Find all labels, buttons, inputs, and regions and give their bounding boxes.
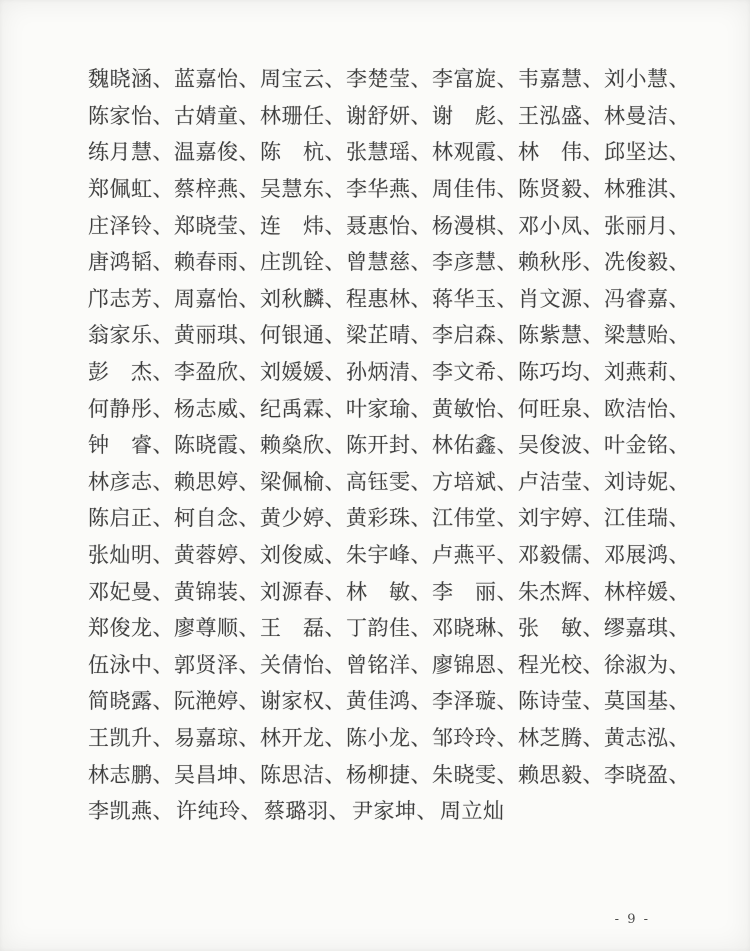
person-name: 陈启正、 (88, 502, 174, 532)
person-name: 庄凯铨、 (260, 246, 346, 276)
person-name: 黄丽琪、 (174, 319, 260, 349)
name-list-line: 郑佩虹、蔡梓燕、吴慧东、李华燕、周佳伟、陈贤毅、林雅淇、 (88, 170, 670, 207)
person-name: 缪嘉琪、 (604, 612, 690, 642)
person-name: 林珊任、 (260, 100, 346, 130)
person-name: 丁韵佳、 (346, 612, 432, 642)
person-name: 陈小龙、 (346, 722, 432, 752)
person-name: 陈晓霞、 (174, 429, 260, 459)
person-name: 黄佳鸿、 (346, 685, 432, 715)
person-name: 黄锦装、 (174, 576, 260, 606)
person-name: 杨志威、 (174, 393, 260, 423)
person-name: 蔡璐羽、 (264, 795, 350, 825)
person-name: 古婧童、 (174, 100, 260, 130)
person-name: 李富旋、 (432, 63, 518, 93)
name-list-line: 林彦志、赖思婷、梁佩榆、高钰雯、方培斌、卢洁莹、刘诗妮、 (88, 463, 670, 500)
person-name: 邓晓琳、 (432, 612, 518, 642)
name-list: 魏晓涵、蓝嘉怡、周宝云、李楚莹、李富旋、韦嘉慧、刘小慧、陈家怡、古婧童、林珊任、… (88, 60, 670, 828)
name-list-line: 练月慧、温嘉俊、陈 杭、张慧瑶、林观霞、林 伟、邱坚达、 (88, 133, 670, 170)
person-name: 林 伟、 (518, 136, 604, 166)
person-name: 陈思洁、 (260, 759, 346, 789)
person-name: 李彦慧、 (432, 246, 518, 276)
person-name: 刘宇婷、 (518, 502, 604, 532)
person-name: 林彦志、 (88, 466, 174, 496)
person-name: 欧洁怡、 (604, 393, 690, 423)
person-name: 梁佩榆、 (260, 466, 346, 496)
person-name: 赖思婷、 (174, 466, 260, 496)
person-name: 陈紫慧、 (518, 319, 604, 349)
person-name: 冯睿嘉、 (604, 283, 690, 313)
person-name: 尹家坤、 (352, 795, 438, 825)
person-name: 谢 彪、 (432, 100, 518, 130)
person-name: 连 炜、 (260, 210, 346, 240)
person-name: 张灿明、 (88, 539, 174, 569)
person-name: 高钰雯、 (346, 466, 432, 496)
person-name: 黄志泓、 (604, 722, 690, 752)
person-name: 邓展鸿、 (604, 539, 690, 569)
person-name: 陈开封、 (346, 429, 432, 459)
person-name: 黄少婷、 (260, 502, 346, 532)
name-list-line: 钟 睿、陈晓霞、赖燊欣、陈开封、林佑鑫、吴俊波、叶金铭、 (88, 426, 670, 463)
name-list-line: 伍泳中、郭贤泽、关倩怡、曾铭洋、廖锦恩、程光校、徐淑为、 (88, 646, 670, 683)
person-name: 张慧瑶、 (346, 136, 432, 166)
person-name: 翁家乐、 (88, 319, 174, 349)
person-name: 梁慧贻、 (604, 319, 690, 349)
person-name: 何静彤、 (88, 393, 174, 423)
person-name: 庄泽铃、 (88, 210, 174, 240)
person-name: 张 敏、 (518, 612, 604, 642)
person-name: 冼俊毅、 (604, 246, 690, 276)
person-name: 周宝云、 (260, 63, 346, 93)
person-name: 孙炳清、 (346, 356, 432, 386)
person-name: 何银通、 (260, 319, 346, 349)
name-list-line: 彭 杰、李盈欣、刘媛媛、孙炳清、李文希、陈巧均、刘燕莉、 (88, 353, 670, 390)
person-name: 何旺泉、 (518, 393, 604, 423)
person-name: 聂惠怡、 (346, 210, 432, 240)
person-name: 赖燊欣、 (260, 429, 346, 459)
person-name: 邱坚达、 (604, 136, 690, 166)
person-name: 伍泳中、 (88, 649, 174, 679)
person-name: 郑俊龙、 (88, 612, 174, 642)
person-name: 阮滟婷、 (174, 685, 260, 715)
person-name: 朱晓雯、 (432, 759, 518, 789)
name-list-line: 庄泽铃、郑晓莹、连 炜、聂惠怡、杨漫棋、邓小凤、张丽月、 (88, 206, 670, 243)
person-name: 郭贤泽、 (174, 649, 260, 679)
person-name: 赖春雨、 (174, 246, 260, 276)
person-name: 蓝嘉怡、 (174, 63, 260, 93)
person-name: 陈巧均、 (518, 356, 604, 386)
name-list-line: 简晓露、阮滟婷、谢家权、黄佳鸿、李泽璇、陈诗莹、莫国基、 (88, 682, 670, 719)
person-name: 邓小凤、 (518, 210, 604, 240)
person-name: 朱杰辉、 (518, 576, 604, 606)
person-name: 周立灿 (440, 795, 505, 825)
person-name: 曾铭洋、 (346, 649, 432, 679)
person-name: 刘源春、 (260, 576, 346, 606)
person-name: 黄敏怡、 (432, 393, 518, 423)
person-name: 周嘉怡、 (174, 283, 260, 313)
person-name: 江伟堂、 (432, 502, 518, 532)
person-name: 方培斌、 (432, 466, 518, 496)
person-name: 林开龙、 (260, 722, 346, 752)
person-name: 刘小慧、 (604, 63, 690, 93)
person-name: 谢家权、 (260, 685, 346, 715)
person-name: 谢舒妍、 (346, 100, 432, 130)
person-name: 易嘉琼、 (174, 722, 260, 752)
person-name: 杨柳捷、 (346, 759, 432, 789)
person-name: 李晓盈、 (604, 759, 690, 789)
person-name: 黄蓉婷、 (174, 539, 260, 569)
person-name: 林观霞、 (432, 136, 518, 166)
person-name: 李文希、 (432, 356, 518, 386)
person-name: 唐鸿韬、 (88, 246, 174, 276)
person-name: 邓妃曼、 (88, 576, 174, 606)
person-name: 柯自念、 (174, 502, 260, 532)
name-list-line: 邝志芳、周嘉怡、刘秋麟、程惠林、蒋华玉、肖文源、冯睿嘉、 (88, 280, 670, 317)
person-name: 邓毅儒、 (518, 539, 604, 569)
person-name: 李泽璇、 (432, 685, 518, 715)
person-name: 林梓媛、 (604, 576, 690, 606)
name-list-line: 陈启正、柯自念、黄少婷、黄彩珠、江伟堂、刘宇婷、江佳瑞、 (88, 499, 670, 536)
person-name: 刘燕莉、 (604, 356, 690, 386)
person-name: 林雅淇、 (604, 173, 690, 203)
person-name: 纪禹霖、 (260, 393, 346, 423)
person-name: 杨漫棋、 (432, 210, 518, 240)
person-name: 王凯升、 (88, 722, 174, 752)
person-name: 叶家瑜、 (346, 393, 432, 423)
person-name: 陈家怡、 (88, 100, 174, 130)
person-name: 许纯玲、 (176, 795, 262, 825)
person-name: 刘秋麟、 (260, 283, 346, 313)
person-name: 李 丽、 (432, 576, 518, 606)
person-name: 刘媛媛、 (260, 356, 346, 386)
person-name: 韦嘉慧、 (518, 63, 604, 93)
name-list-line: 魏晓涵、蓝嘉怡、周宝云、李楚莹、李富旋、韦嘉慧、刘小慧、 (88, 60, 670, 97)
person-name: 吴慧东、 (260, 173, 346, 203)
person-name: 陈 杭、 (260, 136, 346, 166)
person-name: 吴俊波、 (518, 429, 604, 459)
person-name: 刘俊威、 (260, 539, 346, 569)
person-name: 林 敏、 (346, 576, 432, 606)
person-name: 李楚莹、 (346, 63, 432, 93)
person-name: 郑佩虹、 (88, 173, 174, 203)
person-name: 吴昌坤、 (174, 759, 260, 789)
person-name: 刘诗妮、 (604, 466, 690, 496)
name-list-line: 翁家乐、黄丽琪、何银通、梁芷晴、李启森、陈紫慧、梁慧贻、 (88, 316, 670, 353)
person-name: 周佳伟、 (432, 173, 518, 203)
person-name: 蔡梓燕、 (174, 173, 260, 203)
name-list-line: 林志鹏、吴昌坤、陈思洁、杨柳捷、朱晓雯、赖思毅、李晓盈、 (88, 755, 670, 792)
person-name: 赖秋彤、 (518, 246, 604, 276)
person-name: 朱宇峰、 (346, 539, 432, 569)
person-name: 简晓露、 (88, 685, 174, 715)
person-name: 钟 睿、 (88, 429, 174, 459)
person-name: 廖锦恩、 (432, 649, 518, 679)
person-name: 卢洁莹、 (518, 466, 604, 496)
name-list-line: 李凯燕、许纯玲、蔡璐羽、尹家坤、周立灿 (88, 792, 670, 829)
person-name: 赖思毅、 (518, 759, 604, 789)
person-name: 郑晓莹、 (174, 210, 260, 240)
person-name: 卢燕平、 (432, 539, 518, 569)
person-name: 李盈欣、 (174, 356, 260, 386)
name-list-line: 张灿明、黄蓉婷、刘俊威、朱宇峰、卢燕平、邓毅儒、邓展鸿、 (88, 536, 670, 573)
name-list-line: 陈家怡、古婧童、林珊任、谢舒妍、谢 彪、王泓盛、林曼洁、 (88, 97, 670, 134)
person-name: 关倩怡、 (260, 649, 346, 679)
person-name: 邹玲玲、 (432, 722, 518, 752)
person-name: 黄彩珠、 (346, 502, 432, 532)
person-name: 莫国基、 (604, 685, 690, 715)
person-name: 林佑鑫、 (432, 429, 518, 459)
person-name: 陈诗莹、 (518, 685, 604, 715)
person-name: 邝志芳、 (88, 283, 174, 313)
name-list-line: 邓妃曼、黄锦装、刘源春、林 敏、李 丽、朱杰辉、林梓媛、 (88, 572, 670, 609)
person-name: 王 磊、 (260, 612, 346, 642)
name-list-line: 何静彤、杨志威、纪禹霖、叶家瑜、黄敏怡、何旺泉、欧洁怡、 (88, 389, 670, 426)
person-name: 林志鹏、 (88, 759, 174, 789)
person-name: 张丽月、 (604, 210, 690, 240)
page-number: - 9 - (615, 912, 650, 927)
person-name: 温嘉俊、 (174, 136, 260, 166)
person-name: 魏晓涵、 (88, 63, 174, 93)
person-name: 林曼洁、 (604, 100, 690, 130)
person-name: 程惠林、 (346, 283, 432, 313)
person-name: 李启森、 (432, 319, 518, 349)
name-list-line: 郑俊龙、廖尊顺、王 磊、丁韵佳、邓晓琳、张 敏、缪嘉琪、 (88, 609, 670, 646)
person-name: 徐淑为、 (604, 649, 690, 679)
person-name: 程光校、 (518, 649, 604, 679)
person-name: 王泓盛、 (518, 100, 604, 130)
person-name: 彭 杰、 (88, 356, 174, 386)
person-name: 李凯燕、 (88, 795, 174, 825)
person-name: 练月慧、 (88, 136, 174, 166)
person-name: 肖文源、 (518, 283, 604, 313)
person-name: 林芝腾、 (518, 722, 604, 752)
person-name: 梁芷晴、 (346, 319, 432, 349)
name-list-line: 唐鸿韬、赖春雨、庄凯铨、曾慧慈、李彦慧、赖秋彤、冼俊毅、 (88, 243, 670, 280)
name-list-line: 王凯升、易嘉琼、林开龙、陈小龙、邹玲玲、林芝腾、黄志泓、 (88, 719, 670, 756)
person-name: 江佳瑞、 (604, 502, 690, 532)
person-name: 叶金铭、 (604, 429, 690, 459)
person-name: 李华燕、 (346, 173, 432, 203)
person-name: 曾慧慈、 (346, 246, 432, 276)
person-name: 蒋华玉、 (432, 283, 518, 313)
document-page: 魏晓涵、蓝嘉怡、周宝云、李楚莹、李富旋、韦嘉慧、刘小慧、陈家怡、古婧童、林珊任、… (0, 0, 750, 951)
person-name: 陈贤毅、 (518, 173, 604, 203)
person-name: 廖尊顺、 (174, 612, 260, 642)
